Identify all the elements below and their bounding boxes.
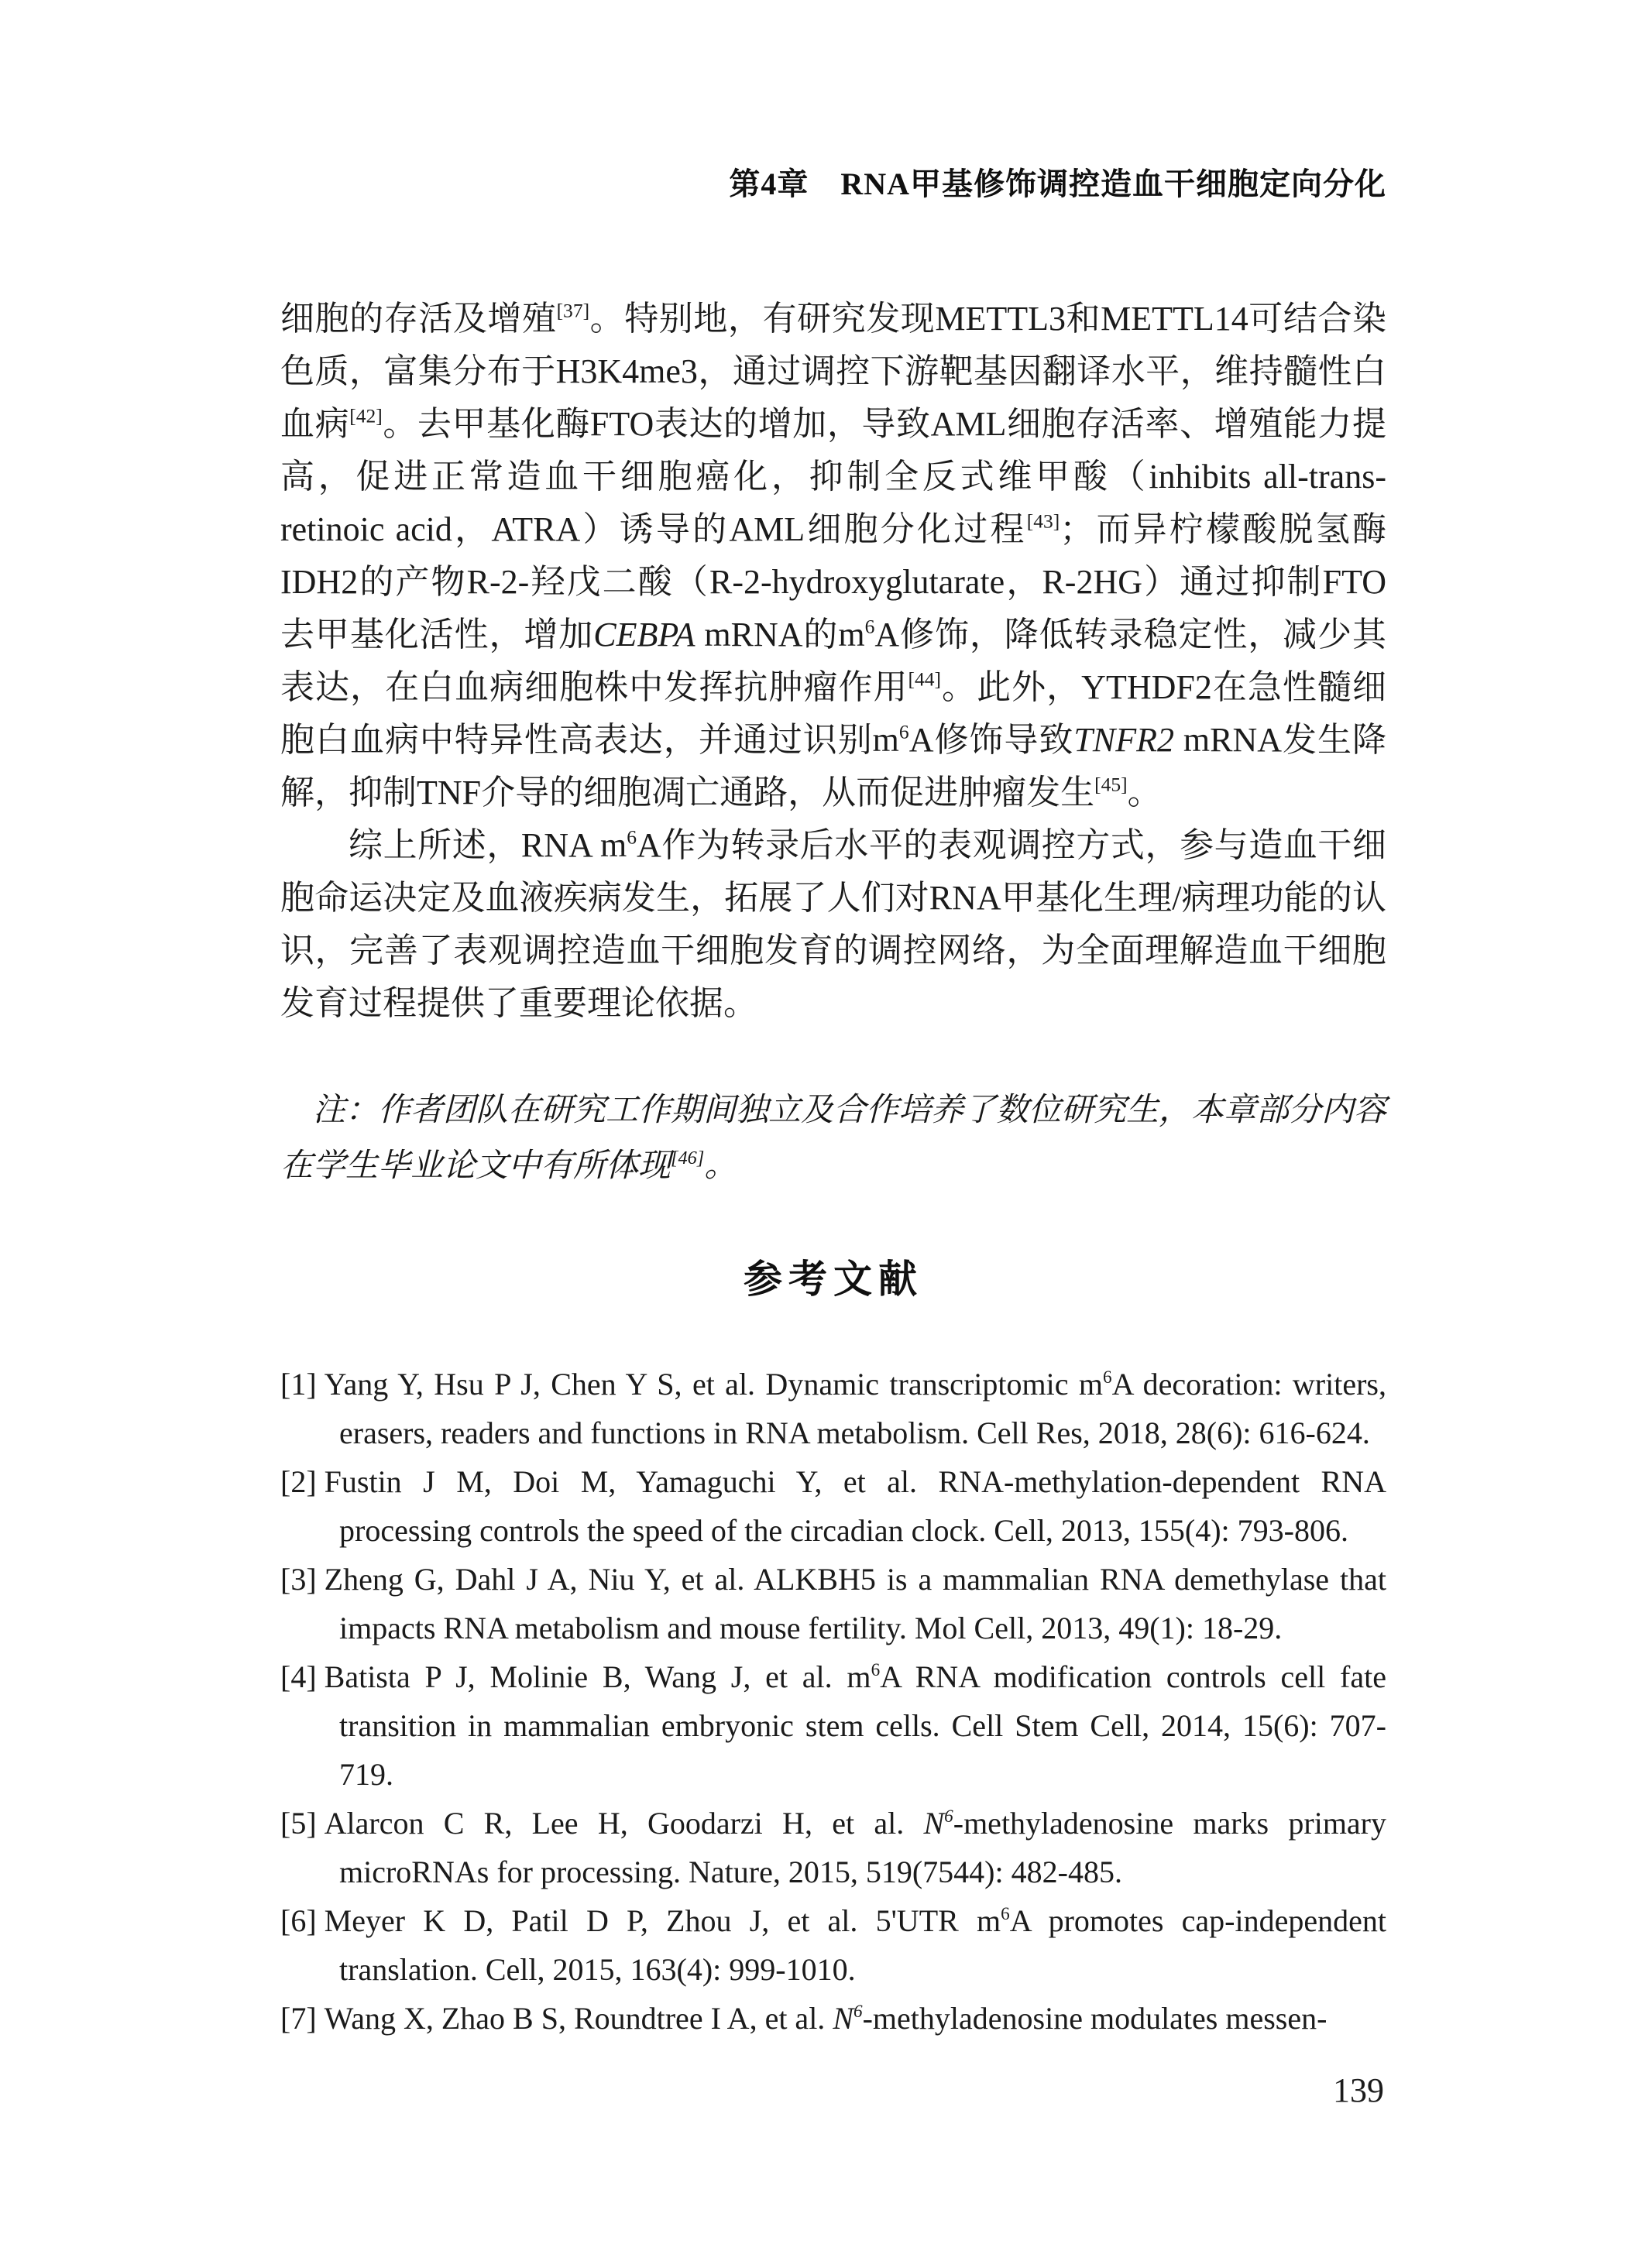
references-list: [1]Yang Y, Hsu P J, Chen Y S, et al. Dyn… (280, 1360, 1386, 2043)
reference-item: [6]Meyer K D, Patil D P, Zhou J, et al. … (280, 1896, 1386, 1994)
reference-item: [3]Zheng G, Dahl J A, Niu Y, et al. ALKB… (280, 1555, 1386, 1652)
page-content: 细胞的存活及增殖[37]。特别地，有研究发现METTL3和METTL14可结合染… (280, 293, 1386, 2043)
reference-label: [7] (280, 2001, 325, 2036)
author-note: 注：作者团队在研究工作期间独立及合作培养了数位研究生，本章部分内容在学生毕业论文… (280, 1083, 1386, 1194)
references-title: 参考文献 (280, 1256, 1386, 1302)
body-paragraph-1: 细胞的存活及增殖[37]。特别地，有研究发现METTL3和METTL14可结合染… (280, 293, 1386, 819)
reference-label: [1] (280, 1367, 325, 1402)
running-head-chapter-title: 第4章 RNA甲基修饰调控造血干细胞定向分化 (729, 166, 1386, 203)
reference-item: [1]Yang Y, Hsu P J, Chen Y S, et al. Dyn… (280, 1360, 1386, 1457)
reference-item: [7]Wang X, Zhao B S, Roundtree I A, et a… (280, 1994, 1386, 2043)
reference-item: [4]Batista P J, Molinie B, Wang J, et al… (280, 1652, 1386, 1799)
reference-label: [2] (280, 1464, 325, 1499)
book-page: 第4章 RNA甲基修饰调控造血干细胞定向分化 细胞的存活及增殖[37]。特别地，… (0, 0, 1628, 2268)
reference-label: [4] (280, 1659, 325, 1694)
reference-text: Yang Y, Hsu P J, Chen Y S, et al. Dynami… (325, 1367, 1386, 1450)
reference-text: Batista P J, Molinie B, Wang J, et al. m… (325, 1659, 1386, 1792)
reference-item: [5]Alarcon C R, Lee H, Goodarzi H, et al… (280, 1799, 1386, 1896)
reference-label: [3] (280, 1562, 325, 1597)
reference-text: Meyer K D, Patil D P, Zhou J, et al. 5'U… (325, 1903, 1386, 1987)
page-number: 139 (1333, 2072, 1384, 2109)
body-paragraph-2: 综上所述，RNA m6A作为转录后水平的表观调控方式，参与造血干细胞命运决定及血… (280, 819, 1386, 1030)
reference-text: Zheng G, Dahl J A, Niu Y, et al. ALKBH5 … (325, 1562, 1386, 1645)
reference-label: [5] (280, 1806, 325, 1841)
reference-item: [2]Fustin J M, Doi M, Yamaguchi Y, et al… (280, 1457, 1386, 1555)
reference-text: Alarcon C R, Lee H, Goodarzi H, et al. N… (325, 1806, 1386, 1889)
reference-label: [6] (280, 1903, 325, 1938)
reference-text: Wang X, Zhao B S, Roundtree I A, et al. … (325, 2001, 1327, 2036)
reference-text: Fustin J M, Doi M, Yamaguchi Y, et al. R… (325, 1464, 1386, 1548)
